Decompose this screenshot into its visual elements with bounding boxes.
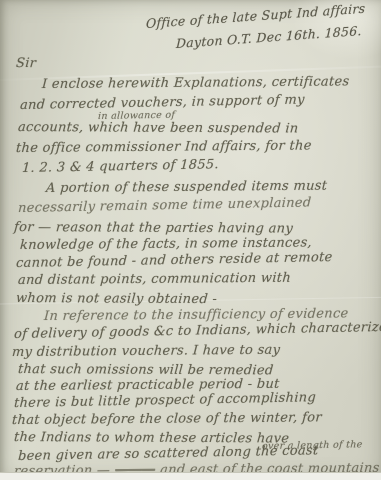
body-line: whom is not easily obtained -: [15, 291, 217, 307]
body-line: I enclose herewith Explanations, certifi…: [42, 74, 350, 92]
body-line: and distant points, communication with: [18, 271, 292, 288]
salutation: Sir: [15, 56, 36, 71]
body-line: necessarily remain some time unexplained: [18, 195, 312, 216]
body-line: A portion of these suspended items must: [46, 179, 328, 196]
body-line: my distribution vouchers. I have to say: [12, 343, 281, 360]
body-line: 1. 2. 3 & 4 quarters of 1855.: [22, 157, 220, 176]
scan-bottom-edge: [0, 472, 381, 480]
letter-page: Office of the late Supt Ind affairs Dayt…: [0, 0, 381, 480]
body-line: cannot be found - and others reside at r…: [16, 250, 333, 271]
body-line: for — reason that the parties having any: [13, 220, 293, 236]
body-line: the office commissioner Ind affairs, for…: [16, 138, 313, 156]
body-line: that object before the close of the wint…: [12, 410, 323, 428]
body-line: accounts, which have been suspended in: [17, 120, 299, 136]
body-line: that such omissions will be remedied: [17, 362, 274, 378]
